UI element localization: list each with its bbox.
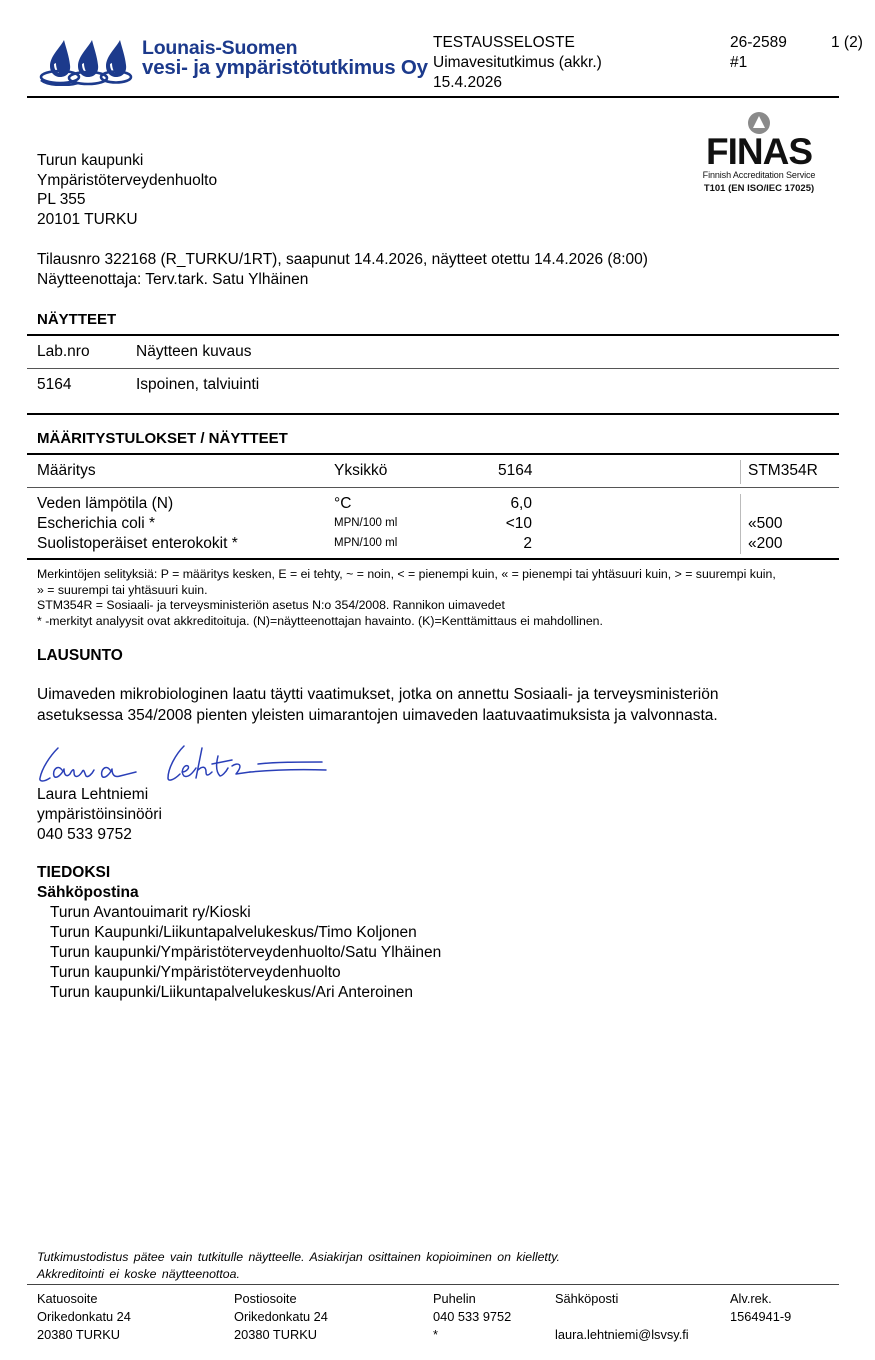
footer-disclaimer: Tutkimustodistus pätee vain tutkitulle n… — [37, 1249, 560, 1283]
report-reference: 26-2589 #1 — [730, 33, 787, 73]
footer-street-address: Katuosoite Orikedonkatu 24 20380 TURKU — [37, 1290, 131, 1344]
footer-value: * — [433, 1326, 511, 1344]
result-value: 2 — [452, 535, 532, 553]
footer-value: Orikedonkatu 24 — [37, 1308, 131, 1326]
sample-description: Ispoinen, talviuinti — [136, 376, 259, 394]
notes-line: Merkintöjen selityksiä: P = määritys kes… — [37, 567, 776, 583]
distribution-recipient: Turun Kaupunki/Liikuntapalvelukeskus/Tim… — [37, 923, 441, 943]
distribution-recipient: Turun Avantouimarit ry/Kioski — [37, 903, 441, 923]
results-col-analysis: Määritys — [37, 462, 96, 480]
company-name-line1: Lounais-Suomen — [142, 38, 428, 58]
result-limit: «200 — [748, 535, 782, 553]
footer-divider — [27, 1284, 839, 1285]
samples-table-bottom-rule — [27, 413, 839, 415]
results-table-bottom-rule — [27, 558, 839, 560]
result-analysis: Escherichia coli * — [37, 515, 155, 533]
recipient-line: PL 355 — [37, 190, 217, 210]
signer-phone: 040 533 9752 — [37, 825, 162, 845]
footer-email: Sähköposti laura.lehtniemi@lsvsy.fi — [555, 1290, 689, 1344]
finas-logo-text: FINAS — [696, 134, 822, 170]
results-col-unit: Yksikkö — [334, 462, 387, 480]
order-info: Tilausnro 322168 (R_TURKU/1RT), saapunut… — [37, 250, 648, 290]
footer-value — [555, 1308, 689, 1326]
statement-line: Uimaveden mikrobiologinen laatu täytti v… — [37, 685, 718, 706]
footer-label: Katuosoite — [37, 1290, 131, 1308]
footer-label: Alv.rek. — [730, 1290, 791, 1308]
footer-value: 20380 TURKU — [37, 1326, 131, 1344]
results-header-rule — [27, 487, 839, 488]
samples-heading: NÄYTTEET — [37, 311, 116, 328]
document-subtitle: Uimavesitutkimus (akkr.) — [433, 53, 602, 73]
company-name-line2: vesi- ja ympäristötutkimus Oy — [142, 58, 428, 78]
result-unit: °C — [334, 495, 351, 513]
limit-column-divider — [740, 494, 741, 554]
sample-lab-no: 5164 — [37, 376, 71, 394]
footer-phone: Puhelin 040 533 9752 * — [433, 1290, 511, 1344]
statement-line: asetuksessa 354/2008 pienten yleisten ui… — [37, 706, 718, 727]
result-analysis: Veden lämpötila (N) — [37, 495, 173, 513]
result-limit: «500 — [748, 515, 782, 533]
sampler-info: Näytteenottaja: Terv.tark. Satu Ylhäinen — [37, 270, 648, 290]
distribution-heading: TIEDOKSI — [37, 863, 441, 883]
recipient-line: Ympäristöterveydenhuolto — [37, 171, 217, 191]
samples-col-lab-no: Lab.nro — [37, 343, 90, 361]
distribution-list: TIEDOKSI Sähköpostina Turun Avantouimari… — [37, 863, 441, 1003]
notes-line: » = suurempi tai yhtäsuuri kuin. — [37, 583, 776, 599]
distribution-recipient: Turun kaupunki/Liikuntapalvelukeskus/Ari… — [37, 983, 441, 1003]
samples-col-description: Näytteen kuvaus — [136, 343, 251, 361]
results-table-top-rule — [27, 453, 839, 455]
distribution-recipient: Turun kaupunki/Ympäristöterveydenhuolto/… — [37, 943, 441, 963]
footer-label: Sähköposti — [555, 1290, 689, 1308]
signer-title: ympäristöinsinööri — [37, 805, 162, 825]
statement-heading: LAUSUNTO — [37, 647, 123, 665]
footer-email-link[interactable]: laura.lehtniemi@lsvsy.fi — [555, 1326, 689, 1344]
result-value: <10 — [452, 515, 532, 533]
document-title-block: TESTAUSSELOSTE Uimavesitutkimus (akkr.) … — [433, 33, 602, 93]
footer-value: 20380 TURKU — [234, 1326, 328, 1344]
footer-value: 1564941-9 — [730, 1308, 791, 1326]
signature-image — [36, 742, 328, 786]
document-date: 15.4.2026 — [433, 73, 602, 93]
footer-value: 040 533 9752 — [433, 1308, 511, 1326]
recipient-address: Turun kaupunki Ympäristöterveydenhuolto … — [37, 151, 217, 230]
footer-label: Postiosoite — [234, 1290, 328, 1308]
report-version: #1 — [730, 53, 787, 73]
distribution-method: Sähköpostina — [37, 883, 441, 903]
signer-name: Laura Lehtniemi — [37, 785, 162, 805]
notes-line: * -merkityt analyysit ovat akkreditoituj… — [37, 614, 776, 630]
header-divider — [27, 96, 839, 98]
company-logo-drops-icon — [38, 36, 133, 86]
samples-header-rule — [27, 368, 839, 369]
report-number: 26-2589 — [730, 33, 787, 53]
footer-label: Puhelin — [433, 1290, 511, 1308]
results-col-limit: STM354R — [748, 462, 818, 480]
order-details: Tilausnro 322168 (R_TURKU/1RT), saapunut… — [37, 250, 648, 270]
disclaimer-line: Tutkimustodistus pätee vain tutkitulle n… — [37, 1249, 560, 1266]
legend-notes: Merkintöjen selityksiä: P = määritys kes… — [37, 567, 776, 630]
results-col-sample: 5164 — [498, 462, 532, 480]
notes-line: STM354R = Sosiaali- ja terveysministeriö… — [37, 598, 776, 614]
result-unit: MPN/100 ml — [334, 537, 397, 549]
result-analysis: Suolistoperäiset enterokokit * — [37, 535, 238, 553]
company-name: Lounais-Suomen vesi- ja ympäristötutkimu… — [142, 38, 428, 78]
disclaimer-line: Akkreditointi ei koske näytteenottoa. — [37, 1266, 560, 1283]
result-value: 6,0 — [452, 495, 532, 513]
statement-text: Uimaveden mikrobiologinen laatu täytti v… — [37, 685, 718, 726]
signer-block: Laura Lehtniemi ympäristöinsinööri 040 5… — [37, 785, 162, 845]
footer-vat: Alv.rek. 1564941-9 — [730, 1290, 791, 1326]
accreditation-standard: T101 (EN ISO/IEC 17025) — [696, 181, 822, 197]
document-type: TESTAUSSELOSTE — [433, 33, 602, 53]
finas-accreditation-badge: FINAS Finnish Accreditation Service T101… — [696, 112, 822, 197]
distribution-recipient: Turun kaupunki/Ympäristöterveydenhuolto — [37, 963, 441, 983]
results-heading: MÄÄRITYSTULOKSET / NÄYTTEET — [37, 430, 288, 447]
result-unit: MPN/100 ml — [334, 517, 397, 529]
footer-value: Orikedonkatu 24 — [234, 1308, 328, 1326]
recipient-line: 20101 TURKU — [37, 210, 217, 230]
finas-service-name: Finnish Accreditation Service — [696, 170, 822, 181]
limit-column-divider — [740, 460, 741, 484]
footer-postal-address: Postiosoite Orikedonkatu 24 20380 TURKU — [234, 1290, 328, 1344]
recipient-line: Turun kaupunki — [37, 151, 217, 171]
page-indicator: 1 (2) — [831, 33, 863, 53]
samples-table-top-rule — [27, 334, 839, 336]
